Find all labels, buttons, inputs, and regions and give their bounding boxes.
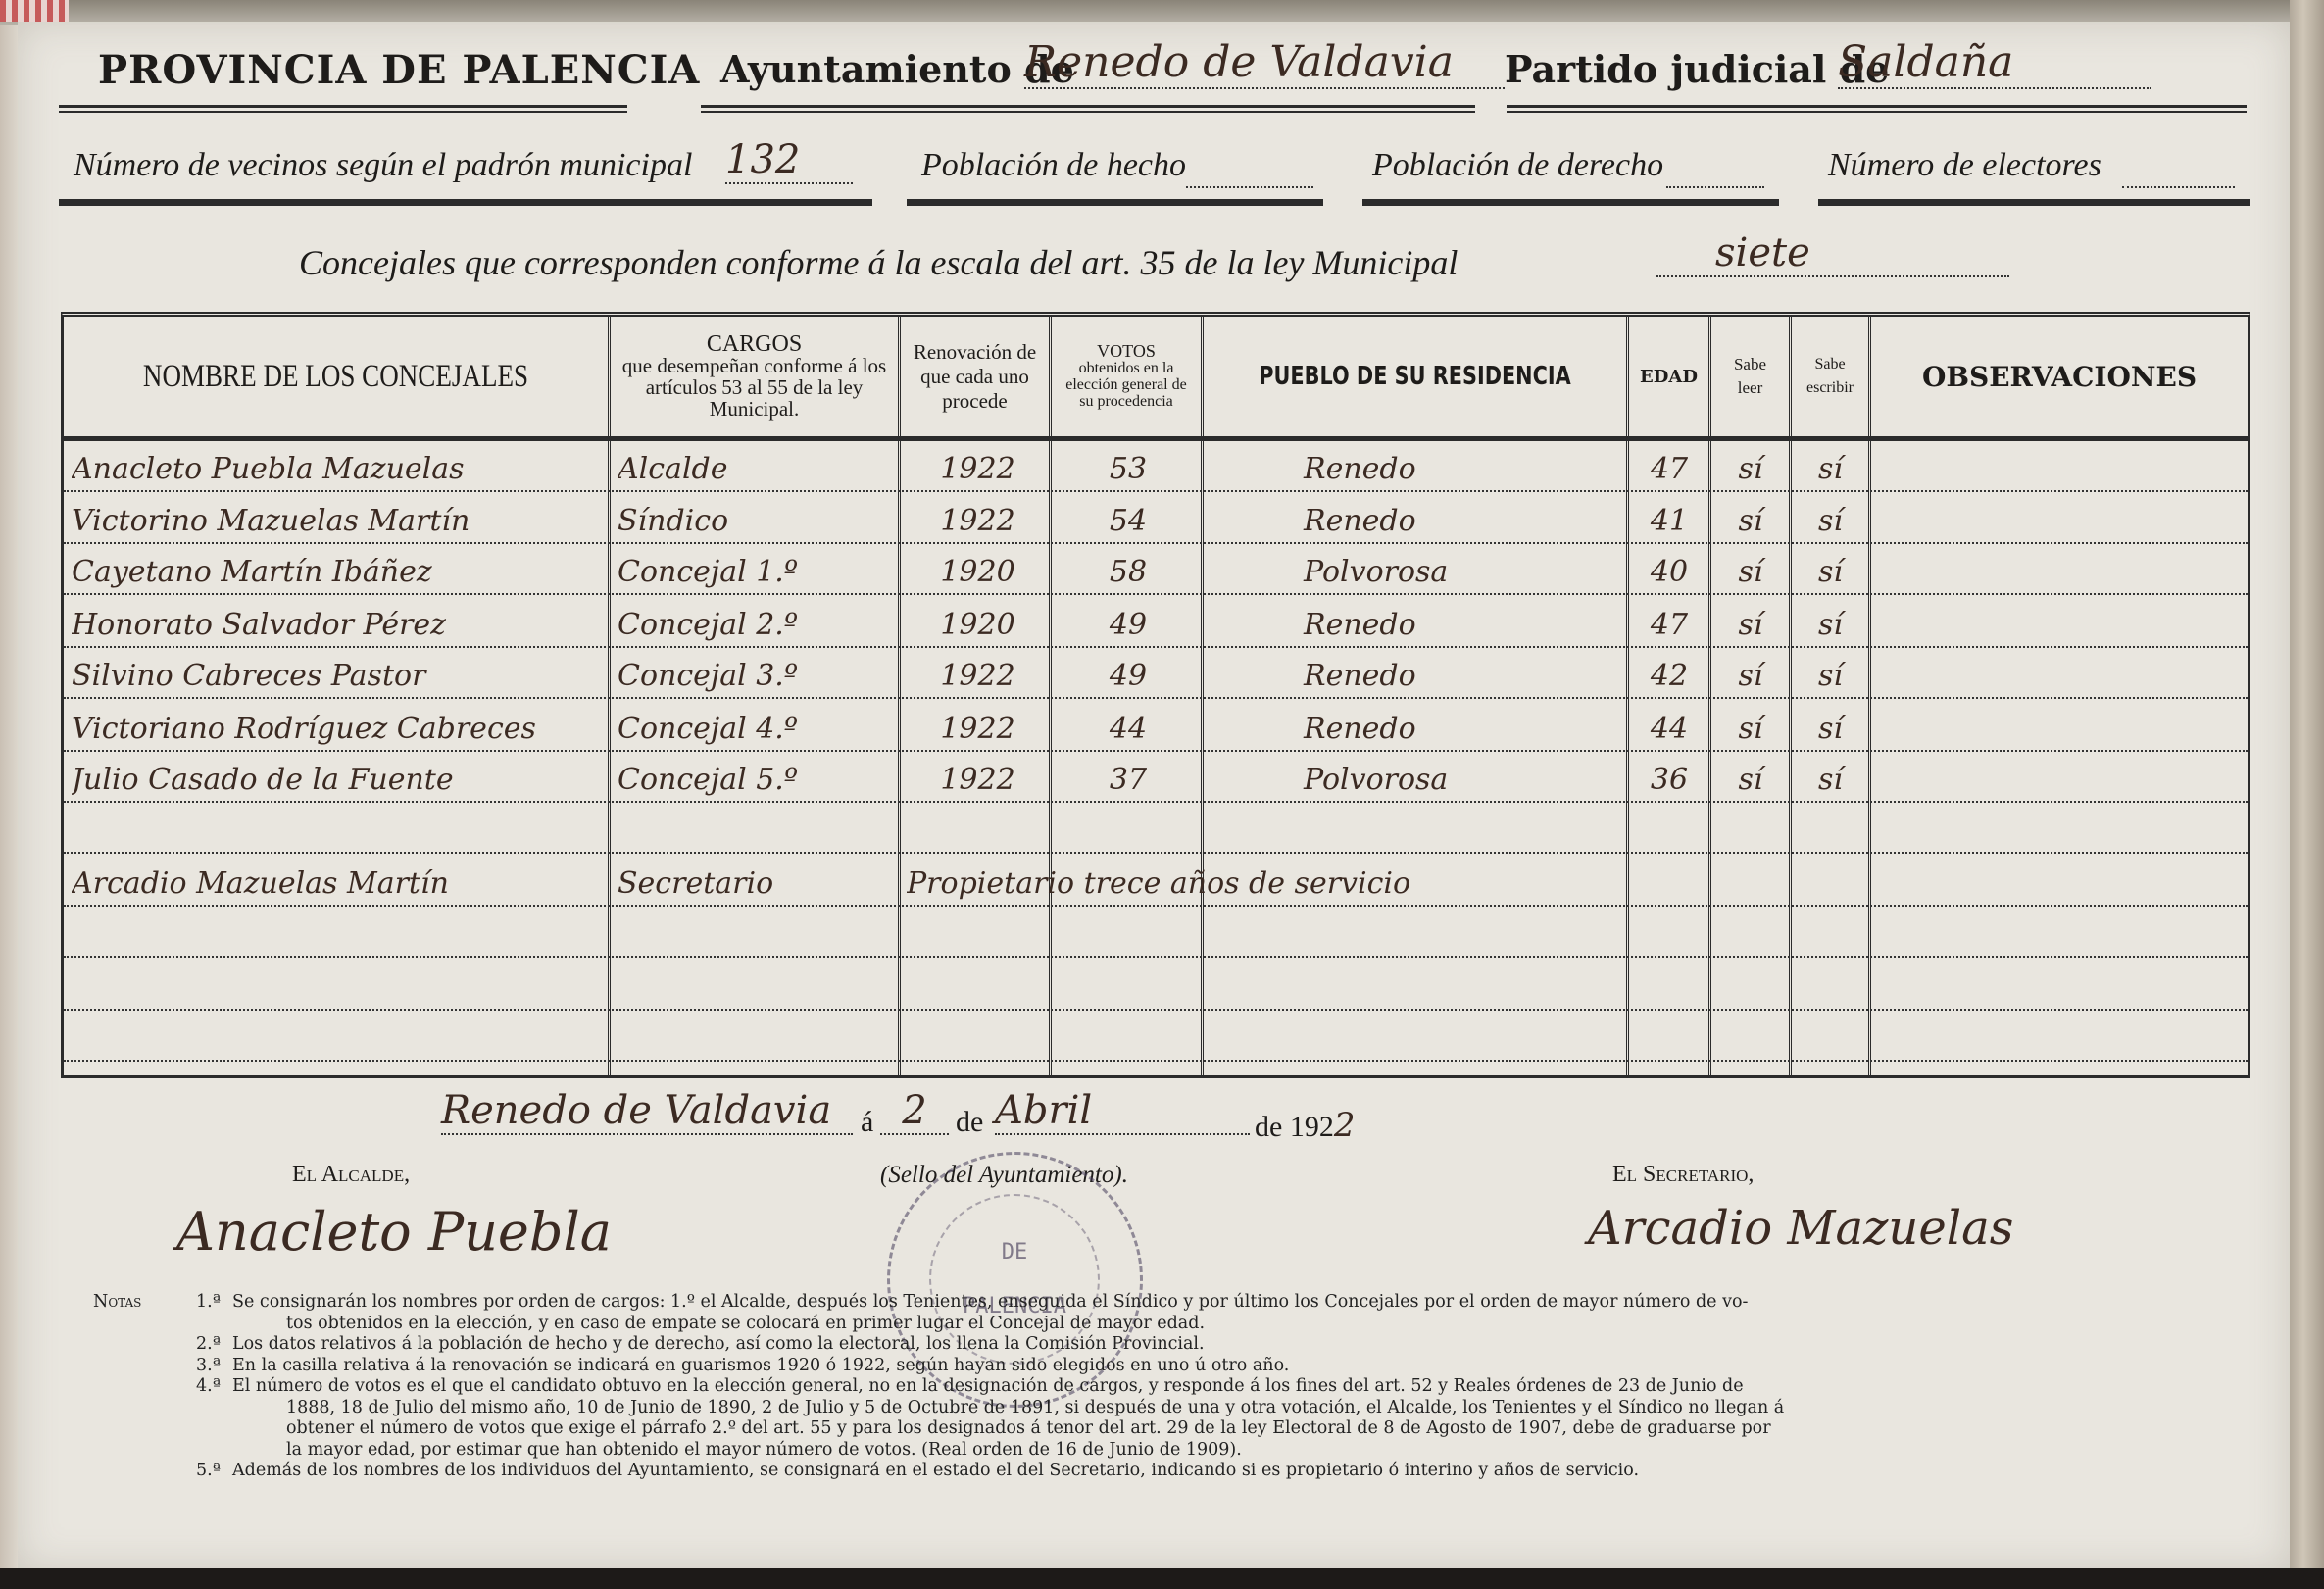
ribbon-marker [0,0,69,22]
note-number: 4.ª [176,1376,232,1398]
cell-cargo: Síndico [618,493,897,542]
cell-votos: 53 [1056,441,1201,490]
cell-pueblo: Renedo [1206,648,1627,697]
notes-label: Notas [93,1292,176,1314]
cell-escribir: sí [1793,597,1868,646]
partido-value: Saldaña [1838,37,2151,89]
concejales-table: NOMBRE DE LOS CONCEJALES CARGOS que dese… [61,312,2250,1078]
poblacion-derecho-value [1666,176,1764,188]
cell-edad: 36 [1630,752,1708,801]
note-line: 1888, 18 de Julio del mismo año, 10 de J… [93,1398,2279,1419]
header-votos: VOTOS obtenidos en la elección general d… [1052,317,1201,436]
cell-obs [1873,441,2246,490]
note-line: 2.ªLos datos relativos á la población de… [93,1334,2279,1356]
header-observaciones: OBSERVACIONES [1871,317,2248,436]
cell-votos: 49 [1056,597,1201,646]
cell-leer: sí [1712,493,1789,542]
concejales-value: siete [1656,230,2009,277]
cell-obs [1873,701,2246,750]
table-row [64,803,2248,854]
alcalde-signature: Anacleto Puebla [176,1201,612,1263]
stats-rule-4 [1818,199,2250,206]
ayuntamiento-value: Renedo de Valdavia [1024,37,1505,89]
table-row: Victoriano Rodríguez CabrecesConcejal 4.… [64,701,2248,752]
cell-cargo: Concejal 3.º [618,648,897,697]
table-row [64,907,2248,958]
vecinos-value: 132 [725,137,853,184]
footer-month: Abril [995,1088,1250,1135]
cell-votos: 54 [1056,493,1201,542]
note-line: 4.ªEl número de votos es el que el candi… [93,1376,2279,1398]
header-cargos-title: CARGOS [707,333,802,355]
cell-renovacion: 1920 [907,597,1049,646]
cell-leer: sí [1712,648,1789,697]
cell-edad: 40 [1630,544,1708,593]
notes-section: Notas1.ªSe consignarán los nombres por o… [93,1292,2279,1482]
table-row: Cayetano Martín IbáñezConcejal 1.º192058… [64,544,2248,595]
cell-renovacion: 1922 [907,648,1049,697]
cell-cargo: Concejal 4.º [618,701,897,750]
header-rule-2 [701,105,1475,113]
cell-leer: sí [1712,701,1789,750]
note-line: obtener el número de votos que exige el … [93,1418,2279,1440]
cell-leer: sí [1712,597,1789,646]
footer-day: 2 [880,1088,949,1135]
cell-votos: 44 [1056,701,1201,750]
cell-obs [1873,648,2246,697]
cell-renovacion: 1922 [907,441,1049,490]
cell-cargo: Concejal 1.º [618,544,897,593]
cell-leer: sí [1712,441,1789,490]
cell-escribir: sí [1793,701,1868,750]
note-text: la mayor edad, por estimar que han obten… [232,1440,2279,1462]
book-binding-left [0,0,18,1589]
stats-rule-2 [907,199,1323,206]
note-line: tos obtenidos en la elección, y en caso … [93,1314,2279,1335]
table-row: Honorato Salvador PérezConcejal 2.º19204… [64,597,2248,648]
note-text: Además de los nombres de los individuos … [232,1461,2279,1482]
cell-nombre: Victoriano Rodríguez Cabreces [72,701,606,750]
footer-de2: de 192 [1255,1111,1334,1143]
secretario-nota: Propietario trece años de servicio [907,856,1691,905]
secretario-row: Arcadio Mazuelas MartínSecretarioPropiet… [64,856,2248,907]
header-pueblo: PUEBLO DE SU RESIDENCIA [1246,317,1584,436]
footer-a: á [861,1106,873,1139]
cell-pueblo: Renedo [1206,493,1627,542]
cell-pueblo: Renedo [1206,701,1627,750]
cell-escribir: sí [1793,544,1868,593]
secretario-nombre: Arcadio Mazuelas Martín [72,856,606,905]
provincia-title: PROVINCIA DE PALENCIA [98,47,700,93]
note-text: Se consignarán los nombres por orden de … [232,1292,2279,1314]
cell-cargo: Concejal 2.º [618,597,897,646]
table-row: Victorino Mazuelas MartínSíndico192254Re… [64,493,2248,544]
cell-escribir: sí [1793,493,1868,542]
cell-votos: 37 [1056,752,1201,801]
cell-cargo: Alcalde [618,441,897,490]
secretario-cargo: Secretario [618,856,897,905]
cell-renovacion: 1922 [907,752,1049,801]
note-line: la mayor edad, por estimar que han obten… [93,1440,2279,1462]
poblacion-hecho-label: Población de hecho [921,147,1186,184]
cell-edad: 47 [1630,597,1708,646]
footer-de1: de [956,1106,983,1139]
note-line: 3.ªEn la casilla relativa á la renovació… [93,1356,2279,1377]
page-stack-right [2290,0,2324,1589]
cell-edad: 41 [1630,493,1708,542]
table-row: Julio Casado de la FuenteConcejal 5.º192… [64,752,2248,803]
note-line: Notas1.ªSe consignarán los nombres por o… [93,1292,2279,1314]
header-edad: EDAD [1629,317,1708,436]
cell-leer: sí [1712,544,1789,593]
header-rule-1 [59,105,627,113]
secretario-signature: Arcadio Mazuelas [1588,1201,2013,1256]
cell-obs [1873,493,2246,542]
partido-label: Partido judicial de [1505,47,1889,91]
cell-obs [1873,597,2246,646]
alcalde-label: El Alcalde, [292,1162,410,1188]
header-sabe-leer: Sabe leer [1711,317,1789,436]
footer-year-digit: 2 [1334,1106,1356,1145]
cell-votos: 58 [1056,544,1201,593]
secretario-label: El Secretario, [1612,1162,1754,1188]
header-cargos: CARGOS que desempeñan conforme á los art… [611,317,898,436]
cell-nombre: Julio Casado de la Fuente [72,752,606,801]
cell-votos: 49 [1056,648,1201,697]
cell-renovacion: 1922 [907,493,1049,542]
note-text: obtener el número de votos que exige el … [232,1418,2279,1440]
cell-cargo: Concejal 5.º [618,752,897,801]
stamp-text-mid: DE [1002,1240,1028,1265]
note-text: 1888, 18 de Julio del mismo año, 10 de J… [232,1398,2279,1419]
cell-nombre: Honorato Salvador Pérez [72,597,606,646]
cell-escribir: sí [1793,752,1868,801]
poblacion-derecho-label: Población de derecho [1372,147,1663,184]
cell-nombre: Cayetano Martín Ibáñez [72,544,606,593]
electores-label: Número de electores [1828,147,2101,184]
concejales-label: Concejales que corresponden conforme á l… [299,242,1458,283]
poblacion-hecho-value [1186,176,1313,188]
header-nombre: NOMBRE DE LOS CONCEJALES [113,317,559,436]
table-row [64,960,2248,1011]
header-renovacion: Renovación de que cada uno procede [901,317,1049,436]
cell-escribir: sí [1793,441,1868,490]
header-rule-3 [1507,105,2247,113]
header-sabe-escribir: Sabe escribir [1792,317,1868,436]
footer-year: de 1922 [1255,1106,1355,1145]
stats-rule-3 [1362,199,1779,206]
cell-obs [1873,752,2246,801]
cell-renovacion: 1920 [907,544,1049,593]
table-row [64,1011,2248,1062]
note-number: 5.ª [176,1461,232,1482]
electores-value [2122,176,2235,188]
note-text: Los datos relativos á la población de he… [232,1334,2279,1356]
ayuntamiento-label: Ayuntamiento de [720,47,1074,91]
footer-place: Renedo de Valdavia [441,1088,853,1135]
cell-edad: 44 [1630,701,1708,750]
note-number: 2.ª [176,1334,232,1356]
note-text: En la casilla relativa á la renovación s… [232,1356,2279,1377]
page-bottom-edge [0,1568,2324,1589]
cell-pueblo: Polvorosa [1206,544,1627,593]
cell-edad: 42 [1630,648,1708,697]
vecinos-label: Número de vecinos según el padrón munici… [74,147,692,184]
stats-rule-1 [59,199,872,206]
note-number: 1.ª [176,1292,232,1314]
cell-pueblo: Renedo [1206,441,1627,490]
cell-nombre: Victorino Mazuelas Martín [72,493,606,542]
note-text: El número de votos es el que el candidat… [232,1376,2279,1398]
cell-nombre: Anacleto Puebla Mazuelas [72,441,606,490]
note-text: tos obtenidos en la elección, y en caso … [232,1314,2279,1335]
cell-nombre: Silvino Cabreces Pastor [72,648,606,697]
header-votos-title: VOTOS [1097,343,1156,360]
cell-edad: 47 [1630,441,1708,490]
table-row: Anacleto Puebla MazuelasAlcalde192253Ren… [64,441,2248,492]
table-row: Silvino Cabreces PastorConcejal 3.º19224… [64,648,2248,699]
cell-renovacion: 1922 [907,701,1049,750]
note-line: 5.ªAdemás de los nombres de los individu… [93,1461,2279,1482]
cell-pueblo: Renedo [1206,597,1627,646]
cell-leer: sí [1712,752,1789,801]
header-votos-sub: obtenidos en la elección general de su p… [1058,360,1195,410]
cell-obs [1873,544,2246,593]
cell-pueblo: Polvorosa [1206,752,1627,801]
note-number: 3.ª [176,1356,232,1377]
header-cargos-sub: que desempeñan conforme á los artículos … [617,355,892,420]
cell-escribir: sí [1793,648,1868,697]
